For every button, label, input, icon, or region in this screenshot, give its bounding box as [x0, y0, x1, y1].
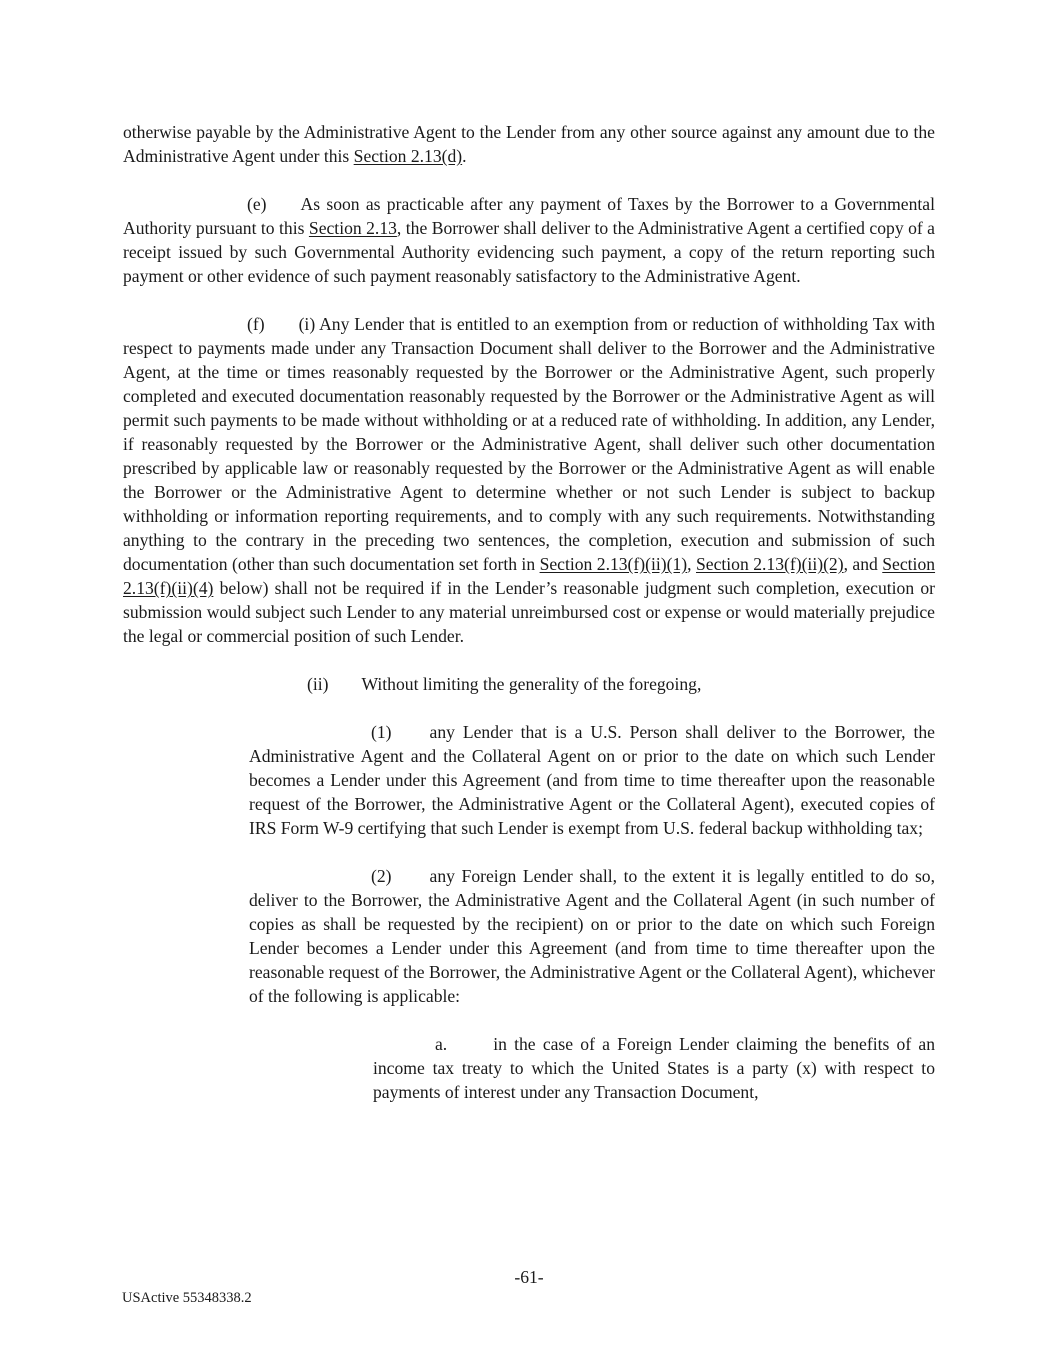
paragraph: (f)(i) Any Lender that is entitled to an… — [123, 312, 935, 648]
paragraph: (e)As soon as practicable after any paym… — [123, 192, 935, 288]
section-reference: Section 2.13 — [309, 218, 397, 238]
section-reference: Section 2.13(d) — [354, 146, 462, 166]
text-run: , and — [844, 554, 883, 574]
text-run: any Foreign Lender shall, to the extent … — [249, 866, 935, 1006]
section-reference: Section 2.13(f)(ii)(1) — [540, 554, 688, 574]
tab-spacer — [392, 737, 430, 738]
text-run: in the case of a Foreign Lender claiming… — [373, 1034, 935, 1102]
paragraph-container: otherwise payable by the Administrative … — [123, 120, 935, 1104]
text-run: otherwise payable by the Administrative … — [123, 122, 935, 166]
text-run: (i) Any Lender that is entitled to an ex… — [123, 314, 935, 574]
document-body: otherwise payable by the Administrative … — [123, 120, 935, 1128]
page-number: -61- — [123, 1265, 935, 1289]
paragraph: (ii)Without limiting the generality of t… — [123, 672, 935, 696]
tab-spacer — [267, 209, 301, 210]
paragraph: otherwise payable by the Administrative … — [123, 120, 935, 168]
text-run: Without limiting the generality of the f… — [362, 674, 702, 694]
tab-spacer — [447, 1049, 493, 1050]
section-reference: Section 2.13(f)(ii)(2) — [696, 554, 844, 574]
paragraph-label: (1) — [371, 722, 392, 742]
paragraph-label: a. — [435, 1034, 447, 1054]
paragraph: (2)any Foreign Lender shall, to the exte… — [249, 864, 935, 1008]
paragraph-label: (f) — [247, 314, 265, 334]
text-run: any Lender that is a U.S. Person shall d… — [249, 722, 935, 838]
tab-spacer — [265, 329, 299, 330]
paragraph-label: (ii) — [307, 674, 329, 694]
tab-spacer — [392, 881, 430, 882]
text-run: , — [687, 554, 696, 574]
document-page: otherwise payable by the Administrative … — [0, 0, 1055, 1365]
paragraph-label: (e) — [247, 194, 267, 214]
tab-spacer — [329, 689, 362, 690]
paragraph: a.in the case of a Foreign Lender claimi… — [373, 1032, 935, 1104]
text-run: below) shall not be required if in the L… — [123, 578, 935, 646]
document-id: USActive 55348338.2 — [122, 1289, 252, 1307]
paragraph: (1)any Lender that is a U.S. Person shal… — [249, 720, 935, 840]
paragraph-label: (2) — [371, 866, 392, 886]
text-run: . — [462, 146, 466, 166]
